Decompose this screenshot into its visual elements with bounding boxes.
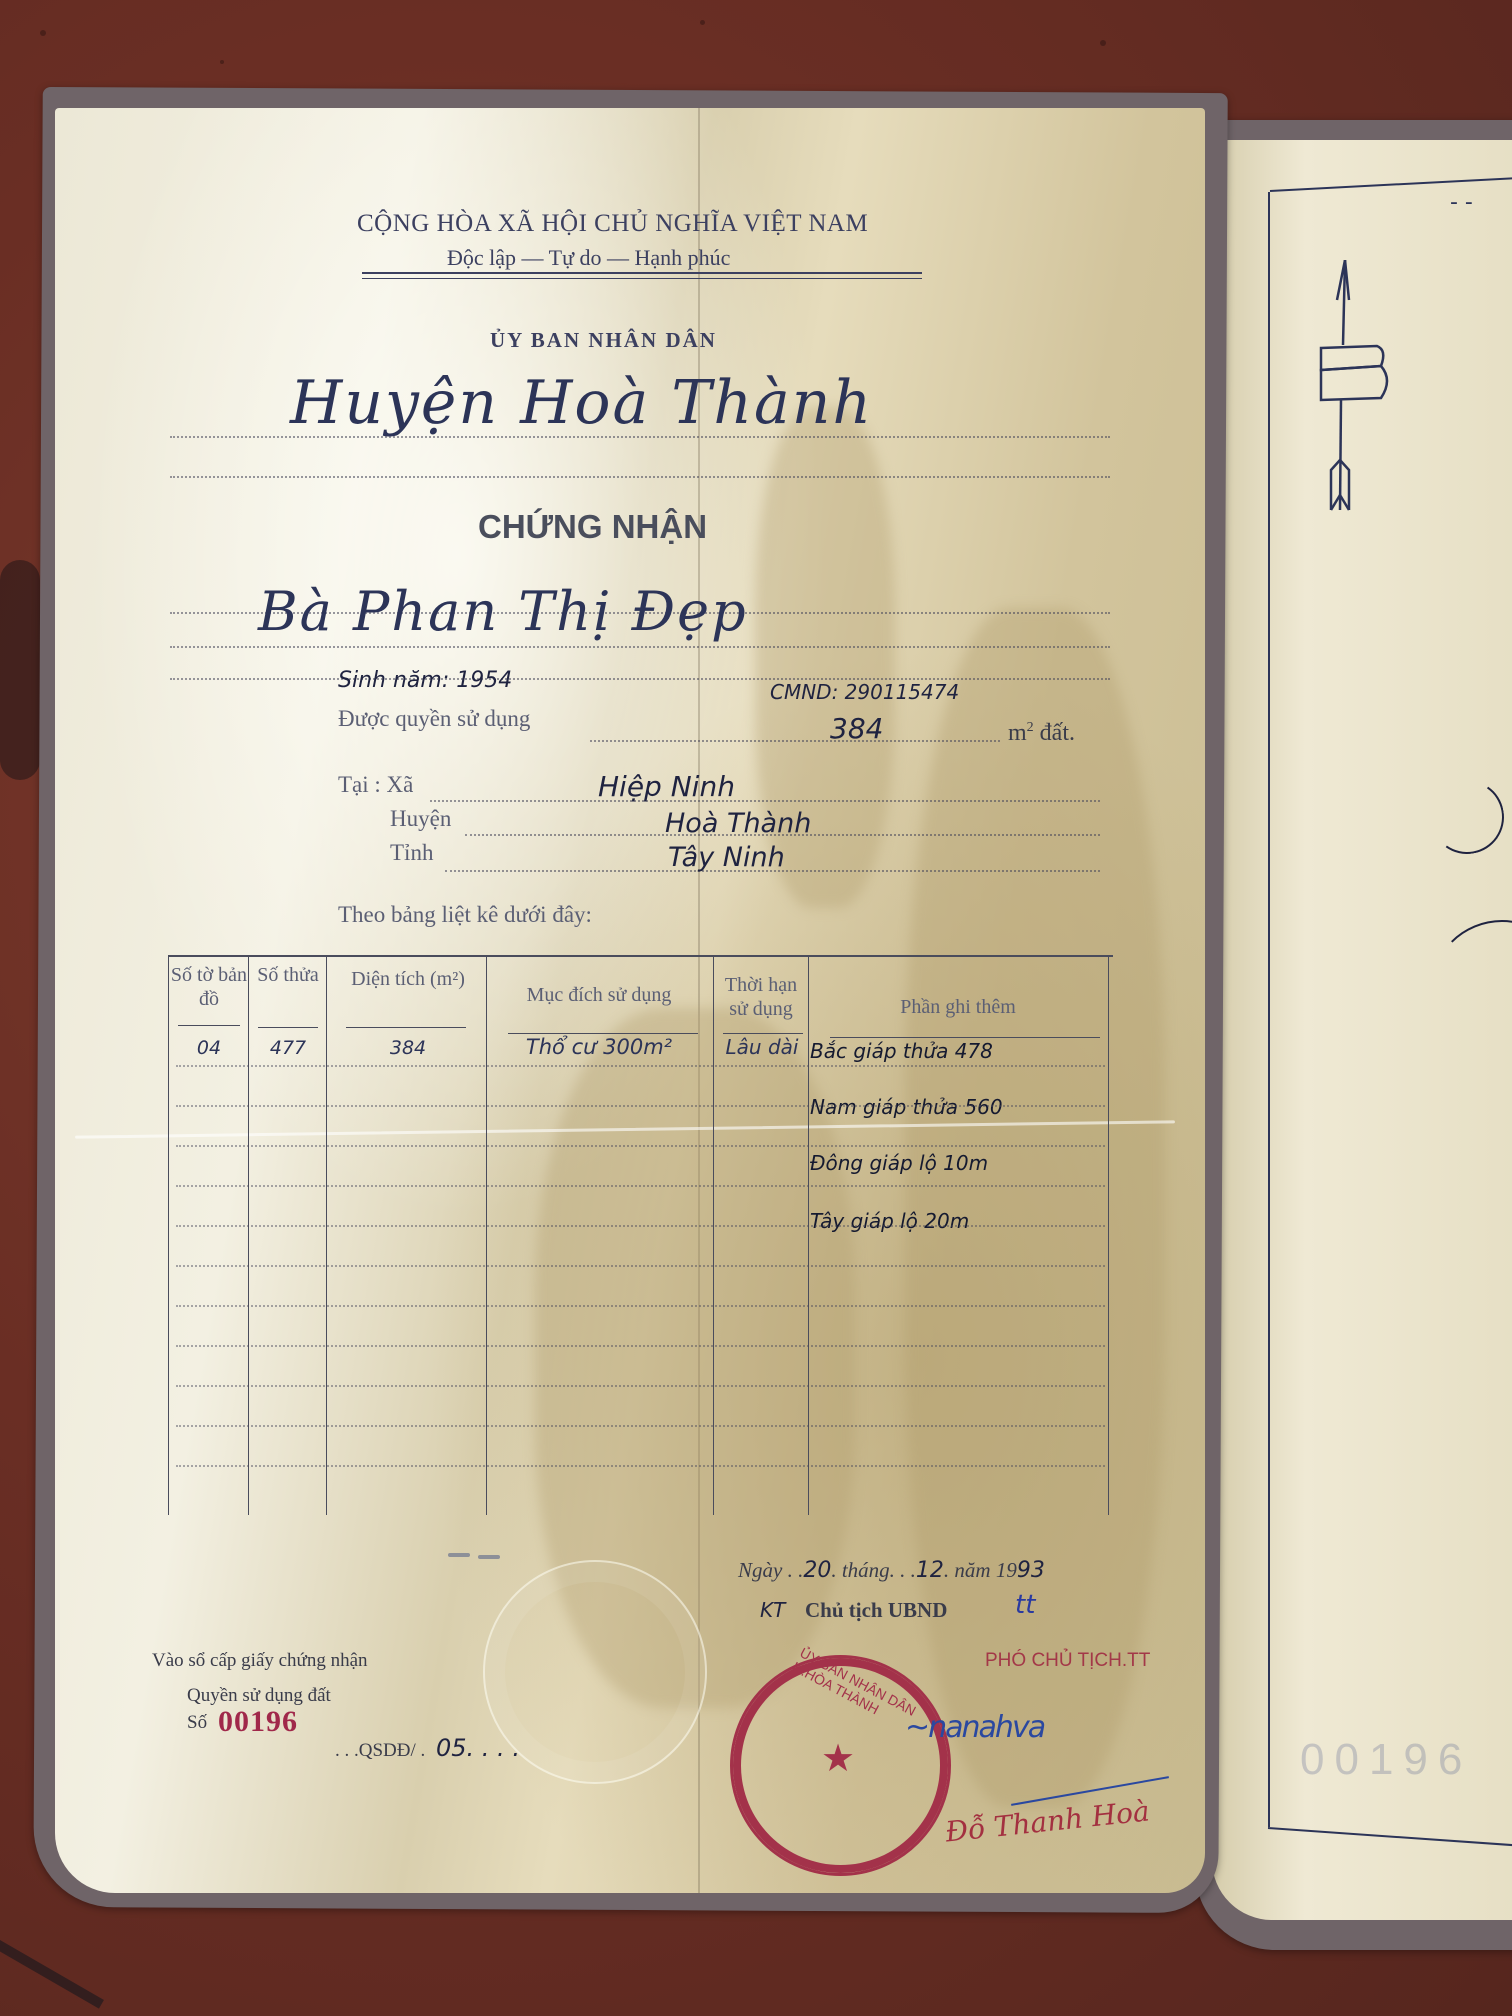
date-month-label: . tháng. . . <box>831 1558 916 1582</box>
faint-serial-number: 00196 <box>1300 1735 1472 1785</box>
vice-chair-title: PHÓ CHỦ TỊCH.TT <box>985 1650 1150 1672</box>
table-row-line <box>176 1105 1105 1107</box>
registry-suffix: . . .QSDĐ/ . <box>335 1740 425 1762</box>
on-behalf-mark: KT <box>760 1598 785 1622</box>
header-purpose: Mục đích sử dụng <box>488 983 710 1007</box>
col-border <box>808 955 809 1515</box>
col-border <box>1108 955 1109 1515</box>
official-red-stamp: ỦY BAN NHÂN DÂN H.HÒA THÀNH ★ <box>730 1655 951 1876</box>
floor-speck <box>220 60 224 64</box>
country-name: CỘNG HÒA XÃ HỘI CHỦ NGHĨA VIỆT NAM <box>357 210 868 238</box>
header-underline <box>508 1033 698 1034</box>
cell-map-sheet: 04 <box>170 1037 248 1059</box>
table-row-line <box>176 1065 1105 1067</box>
certificate-title: CHỨNG NHẬN <box>478 508 707 546</box>
dotted-rule <box>170 476 1110 478</box>
header-underline <box>258 1027 318 1028</box>
floor-shadow <box>0 560 40 780</box>
table-row-line <box>176 1145 1105 1147</box>
land-area-value: 384 <box>830 712 883 745</box>
dotted-rule <box>170 646 1110 648</box>
cell-parcel-no: 477 <box>252 1037 324 1059</box>
table-row-line <box>176 1425 1105 1427</box>
table-caption: Theo bảng liệt kê dưới đây: <box>338 902 592 928</box>
signatory-position: Chủ tịch UBND <box>805 1598 947 1623</box>
table-row-line <box>176 1305 1105 1307</box>
dotted-rule <box>170 678 1110 680</box>
header-parcel-no: Số thửa <box>252 963 324 987</box>
col-border <box>713 955 714 1515</box>
note-west-boundary: Tây giáp lộ 20m <box>810 1209 969 1233</box>
national-motto: Độc lập — Tự do — Hạnh phúc <box>447 245 730 271</box>
holder-name: Bà Phan Thị Đẹp <box>258 580 748 643</box>
land-area-unit: m2 đất. <box>1008 720 1075 747</box>
header-term: Thời hạn sử dụng <box>716 973 806 1021</box>
staple <box>448 1553 470 1557</box>
table-row-line <box>176 1265 1105 1267</box>
table-row-line <box>176 1225 1105 1227</box>
date-prefix: Ngày . . <box>738 1558 803 1582</box>
header-underline <box>346 1027 466 1028</box>
registry-book-no: 05. . . . <box>436 1734 520 1762</box>
table-top-border <box>168 955 1113 957</box>
header-underline <box>723 1033 803 1034</box>
holder-birth-year: Sinh năm: 1954 <box>338 668 512 693</box>
commune-label: Tại : Xã <box>338 772 413 798</box>
date-year: 93 <box>1017 1558 1045 1583</box>
registry-line-1: Vào sổ cấp giấy chứng nhận <box>152 1650 368 1672</box>
issuing-district: Huyện Hoà Thành <box>290 368 873 438</box>
header-divider <box>362 272 922 279</box>
header-notes: Phần ghi thêm <box>813 995 1103 1019</box>
district-label: Huyện <box>390 806 451 832</box>
cell-purpose: Thổ cư 300m² <box>488 1035 710 1059</box>
dotted-rule <box>590 740 1000 742</box>
staple <box>478 1555 500 1559</box>
cell-term: Lâu dài <box>716 1035 808 1059</box>
col-border <box>326 955 327 1515</box>
map-dashes: - - <box>1450 190 1473 215</box>
star-icon: ★ <box>821 1736 855 1781</box>
table-row-line <box>176 1465 1105 1467</box>
district-value: Hoà Thành <box>665 808 811 839</box>
dotted-rule <box>430 800 1100 802</box>
col-border <box>486 955 487 1515</box>
note-north-boundary: Bắc giáp thửa 478 <box>810 1039 993 1063</box>
table-row-line <box>176 1385 1105 1387</box>
floor-speck <box>1100 40 1106 46</box>
commune-value: Hiệp Ninh <box>598 770 735 803</box>
header-map-sheet: Số tờ bản đồ <box>170 963 248 1011</box>
date-day: 20 <box>803 1558 831 1583</box>
header-underline <box>830 1037 1100 1038</box>
parcel-table: Số tờ bản đồ Số thửa Diện tích (m²) Mục … <box>168 955 1113 1515</box>
floor-speck <box>700 20 705 25</box>
issuing-committee: ỦY BAN NHÂN DÂN <box>490 328 717 353</box>
north-arrow-icon <box>1315 260 1395 520</box>
table-row-line <box>176 1185 1105 1187</box>
date-year-label: . năm 19 <box>944 1558 1017 1582</box>
header-underline <box>178 1025 240 1026</box>
usage-rights-label: Được quyền sử dụng <box>338 706 530 732</box>
col-border <box>168 955 169 1515</box>
floor-speck <box>40 30 46 36</box>
note-east-boundary: Đông giáp lộ 10m <box>810 1151 988 1175</box>
registry-number: 00196 <box>218 1705 298 1739</box>
signatory-mark: tt <box>1015 1590 1035 1620</box>
unit-base: m <box>1008 720 1027 746</box>
date-month: 12 <box>916 1558 944 1583</box>
holder-id-number: CMND: 290115474 <box>770 680 959 704</box>
cell-area: 384 <box>333 1037 483 1059</box>
table-row-line <box>176 1345 1105 1347</box>
map-frame-left <box>1268 192 1270 1827</box>
unit-suffix: đất. <box>1034 720 1075 746</box>
issue-date: Ngày . .20. tháng. . .12. năm 1993 <box>738 1558 1045 1583</box>
col-border <box>248 955 249 1515</box>
province-label: Tỉnh <box>390 840 433 866</box>
registry-line-2: Quyền sử dụng đất <box>187 1685 331 1707</box>
note-south-boundary: Nam giáp thửa 560 <box>810 1095 1003 1119</box>
floor-mark <box>0 1940 104 2009</box>
signature: ~nanahva <box>905 1710 1044 1745</box>
registry-number-label: Số <box>187 1712 207 1734</box>
unit-exponent: 2 <box>1027 720 1034 735</box>
header-area: Diện tích (m²) <box>333 967 483 991</box>
province-value: Tây Ninh <box>668 842 785 873</box>
